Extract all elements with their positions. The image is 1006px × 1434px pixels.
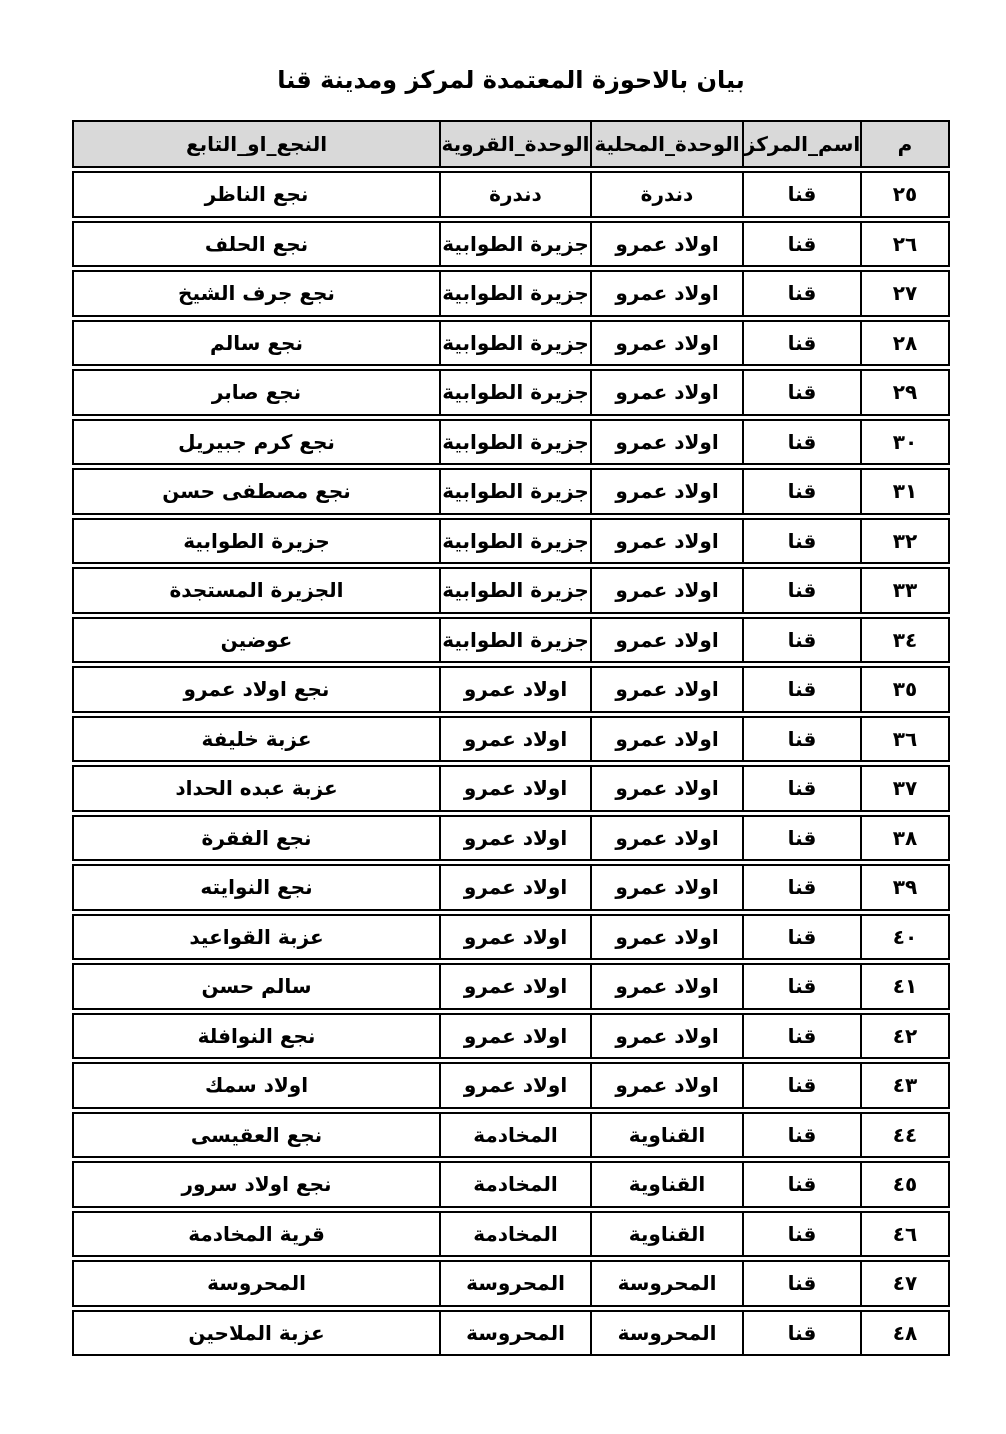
cell-village-unit: اولاد عمرو <box>441 866 592 909</box>
cell-center-name: قنا <box>744 866 862 909</box>
cell-hamlet: نجع الفقرة <box>74 817 441 860</box>
cell-number: ٣٧ <box>862 767 948 810</box>
cell-village-unit: اولاد عمرو <box>441 718 592 761</box>
cell-hamlet: جزيرة الطوابية <box>74 520 441 563</box>
cell-local-unit: اولاد عمرو <box>592 718 744 761</box>
cell-center-name: قنا <box>744 1163 862 1206</box>
cell-local-unit: اولاد عمرو <box>592 322 744 365</box>
cell-village-unit: جزيرة الطوابية <box>441 619 592 662</box>
cell-center-name: قنا <box>744 173 862 216</box>
cell-local-unit: اولاد عمرو <box>592 223 744 266</box>
cell-village-unit: جزيرة الطوابية <box>441 569 592 612</box>
cell-center-name: قنا <box>744 1312 862 1355</box>
cell-village-unit: اولاد عمرو <box>441 668 592 711</box>
cell-number: ٣٦ <box>862 718 948 761</box>
table-body: ٢٥ قنا دندرة دندرة نجع الناظر ٢٦ قنا اول… <box>72 171 950 1356</box>
cell-village-unit: اولاد عمرو <box>441 916 592 959</box>
cell-hamlet: نجع العقيسى <box>74 1114 441 1157</box>
cell-number: ٤٥ <box>862 1163 948 1206</box>
cell-local-unit: القناوية <box>592 1163 744 1206</box>
cell-number: ٤٠ <box>862 916 948 959</box>
cell-hamlet: عزبة القواعيد <box>74 916 441 959</box>
cell-center-name: قنا <box>744 272 862 315</box>
page-title: بيان بالاحوزة المعتمدة لمركز ومدينة قنا <box>72 66 950 94</box>
document-page: بيان بالاحوزة المعتمدة لمركز ومدينة قنا … <box>0 0 1006 1434</box>
table-row: ٤٢ قنا اولاد عمرو اولاد عمرو نجع النوافل… <box>72 1013 950 1060</box>
table-row: ٤٨ قنا المحروسة المحروسة عزبة الملاحين <box>72 1310 950 1357</box>
table-row: ٢٧ قنا اولاد عمرو جزيرة الطوابية نجع جرف… <box>72 270 950 317</box>
cell-number: ٣٣ <box>862 569 948 612</box>
cell-number: ٤٤ <box>862 1114 948 1157</box>
cell-center-name: قنا <box>744 569 862 612</box>
cell-center-name: قنا <box>744 520 862 563</box>
cell-hamlet: نجع الحلف <box>74 223 441 266</box>
table-row: ٣٧ قنا اولاد عمرو اولاد عمرو عزبة عبده ا… <box>72 765 950 812</box>
cell-local-unit: اولاد عمرو <box>592 1015 744 1058</box>
cell-number: ٤٦ <box>862 1213 948 1256</box>
cell-center-name: قنا <box>744 1213 862 1256</box>
cell-number: ٢٥ <box>862 173 948 216</box>
cell-hamlet: نجع مصطفى حسن <box>74 470 441 513</box>
cell-village-unit: جزيرة الطوابية <box>441 272 592 315</box>
cell-village-unit: المحروسة <box>441 1312 592 1355</box>
table-row: ٣٦ قنا اولاد عمرو اولاد عمرو عزبة خليفة <box>72 716 950 763</box>
cell-local-unit: المحروسة <box>592 1312 744 1355</box>
cell-local-unit: اولاد عمرو <box>592 470 744 513</box>
cell-center-name: قنا <box>744 1064 862 1107</box>
cell-number: ٣٥ <box>862 668 948 711</box>
cell-local-unit: القناوية <box>592 1114 744 1157</box>
cell-number: ٢٨ <box>862 322 948 365</box>
table-row: ٢٦ قنا اولاد عمرو جزيرة الطوابية نجع الح… <box>72 221 950 268</box>
table-row: ٢٥ قنا دندرة دندرة نجع الناظر <box>72 171 950 218</box>
cell-village-unit: جزيرة الطوابية <box>441 421 592 464</box>
header-hamlet: النجع_او_التابع <box>74 122 441 166</box>
cell-village-unit: اولاد عمرو <box>441 1064 592 1107</box>
cell-hamlet: المحروسة <box>74 1262 441 1305</box>
table-row: ٤٥ قنا القناوية المخادمة نجع اولاد سرور <box>72 1161 950 1208</box>
header-village-unit: الوحدة_القروية <box>441 122 592 166</box>
cell-local-unit: اولاد عمرو <box>592 767 744 810</box>
table-row: ٣٥ قنا اولاد عمرو اولاد عمرو نجع اولاد ع… <box>72 666 950 713</box>
header-local-unit: الوحدة_المحلية <box>592 122 744 166</box>
cell-local-unit: اولاد عمرو <box>592 371 744 414</box>
cell-center-name: قنا <box>744 1262 862 1305</box>
cell-local-unit: دندرة <box>592 173 744 216</box>
cell-hamlet: عزبة عبده الحداد <box>74 767 441 810</box>
table-row: ٣١ قنا اولاد عمرو جزيرة الطوابية نجع مصط… <box>72 468 950 515</box>
cell-center-name: قنا <box>744 619 862 662</box>
table-row: ٤١ قنا اولاد عمرو اولاد عمرو سالم حسن <box>72 963 950 1010</box>
cell-village-unit: جزيرة الطوابية <box>441 322 592 365</box>
cell-village-unit: جزيرة الطوابية <box>441 223 592 266</box>
cell-village-unit: اولاد عمرو <box>441 965 592 1008</box>
cell-village-unit: جزيرة الطوابية <box>441 470 592 513</box>
cell-hamlet: نجع النوايته <box>74 866 441 909</box>
cell-local-unit: اولاد عمرو <box>592 520 744 563</box>
table-row: ٢٩ قنا اولاد عمرو جزيرة الطوابية نجع صاب… <box>72 369 950 416</box>
cell-local-unit: اولاد عمرو <box>592 817 744 860</box>
cell-local-unit: اولاد عمرو <box>592 421 744 464</box>
cell-hamlet: نجع صابر <box>74 371 441 414</box>
cell-number: ٤٢ <box>862 1015 948 1058</box>
cell-center-name: قنا <box>744 668 862 711</box>
cell-number: ٣١ <box>862 470 948 513</box>
cell-number: ٤١ <box>862 965 948 1008</box>
cell-number: ٤٣ <box>862 1064 948 1107</box>
cell-hamlet: عزبة خليفة <box>74 718 441 761</box>
cell-local-unit: اولاد عمرو <box>592 1064 744 1107</box>
cell-hamlet: نجع كرم جبيريل <box>74 421 441 464</box>
cell-village-unit: اولاد عمرو <box>441 767 592 810</box>
cell-hamlet: نجع اولاد سرور <box>74 1163 441 1206</box>
cell-hamlet: نجع سالم <box>74 322 441 365</box>
cell-hamlet: سالم حسن <box>74 965 441 1008</box>
cell-village-unit: جزيرة الطوابية <box>441 371 592 414</box>
table-row: ٤٣ قنا اولاد عمرو اولاد عمرو اولاد سمك <box>72 1062 950 1109</box>
header-center-name: اسم_المركز <box>744 122 862 166</box>
cell-center-name: قنا <box>744 916 862 959</box>
cell-center-name: قنا <box>744 371 862 414</box>
cell-hamlet: الجزيرة المستجدة <box>74 569 441 612</box>
header-number: م <box>862 122 948 166</box>
cell-village-unit: المخادمة <box>441 1213 592 1256</box>
table-row: ٤٠ قنا اولاد عمرو اولاد عمرو عزبة القواع… <box>72 914 950 961</box>
cell-center-name: قنا <box>744 1015 862 1058</box>
cell-village-unit: المخادمة <box>441 1114 592 1157</box>
cell-number: ٤٨ <box>862 1312 948 1355</box>
cell-local-unit: اولاد عمرو <box>592 668 744 711</box>
cell-local-unit: اولاد عمرو <box>592 569 744 612</box>
cell-number: ٣٩ <box>862 866 948 909</box>
table-row: ٢٨ قنا اولاد عمرو جزيرة الطوابية نجع سال… <box>72 320 950 367</box>
districts-table: م اسم_المركز الوحدة_المحلية الوحدة_القرو… <box>72 120 950 1356</box>
cell-local-unit: اولاد عمرو <box>592 272 744 315</box>
cell-number: ٢٦ <box>862 223 948 266</box>
cell-center-name: قنا <box>744 470 862 513</box>
cell-hamlet: نجع النوافلة <box>74 1015 441 1058</box>
cell-center-name: قنا <box>744 767 862 810</box>
table-row: ٣٤ قنا اولاد عمرو جزيرة الطوابية عوضين <box>72 617 950 664</box>
cell-center-name: قنا <box>744 223 862 266</box>
cell-hamlet: قرية المخادمة <box>74 1213 441 1256</box>
table-row: ٣٣ قنا اولاد عمرو جزيرة الطوابية الجزيرة… <box>72 567 950 614</box>
cell-number: ٣٤ <box>862 619 948 662</box>
table-row: ٣٨ قنا اولاد عمرو اولاد عمرو نجع الفقرة <box>72 815 950 862</box>
cell-hamlet: اولاد سمك <box>74 1064 441 1107</box>
cell-hamlet: عوضين <box>74 619 441 662</box>
cell-village-unit: المخادمة <box>441 1163 592 1206</box>
cell-village-unit: المحروسة <box>441 1262 592 1305</box>
cell-hamlet: عزبة الملاحين <box>74 1312 441 1355</box>
table-row: ٣٢ قنا اولاد عمرو جزيرة الطوابية جزيرة ا… <box>72 518 950 565</box>
cell-number: ٤٧ <box>862 1262 948 1305</box>
cell-number: ٣٨ <box>862 817 948 860</box>
cell-number: ٣٢ <box>862 520 948 563</box>
cell-local-unit: المحروسة <box>592 1262 744 1305</box>
cell-village-unit: اولاد عمرو <box>441 1015 592 1058</box>
cell-local-unit: اولاد عمرو <box>592 619 744 662</box>
cell-local-unit: القناوية <box>592 1213 744 1256</box>
table-header-row: م اسم_المركز الوحدة_المحلية الوحدة_القرو… <box>72 120 950 168</box>
cell-hamlet: نجع اولاد عمرو <box>74 668 441 711</box>
cell-number: ٢٩ <box>862 371 948 414</box>
cell-village-unit: اولاد عمرو <box>441 817 592 860</box>
table-row: ٤٦ قنا القناوية المخادمة قرية المخادمة <box>72 1211 950 1258</box>
cell-number: ٣٠ <box>862 421 948 464</box>
cell-center-name: قنا <box>744 1114 862 1157</box>
table-row: ٣٩ قنا اولاد عمرو اولاد عمرو نجع النوايت… <box>72 864 950 911</box>
cell-village-unit: جزيرة الطوابية <box>441 520 592 563</box>
cell-center-name: قنا <box>744 322 862 365</box>
cell-hamlet: نجع جرف الشيخ <box>74 272 441 315</box>
cell-village-unit: دندرة <box>441 173 592 216</box>
cell-local-unit: اولاد عمرو <box>592 866 744 909</box>
cell-center-name: قنا <box>744 421 862 464</box>
cell-local-unit: اولاد عمرو <box>592 916 744 959</box>
cell-hamlet: نجع الناظر <box>74 173 441 216</box>
table-row: ٤٤ قنا القناوية المخادمة نجع العقيسى <box>72 1112 950 1159</box>
cell-number: ٢٧ <box>862 272 948 315</box>
table-row: ٣٠ قنا اولاد عمرو جزيرة الطوابية نجع كرم… <box>72 419 950 466</box>
cell-local-unit: اولاد عمرو <box>592 965 744 1008</box>
cell-center-name: قنا <box>744 965 862 1008</box>
cell-center-name: قنا <box>744 718 862 761</box>
cell-center-name: قنا <box>744 817 862 860</box>
table-row: ٤٧ قنا المحروسة المحروسة المحروسة <box>72 1260 950 1307</box>
